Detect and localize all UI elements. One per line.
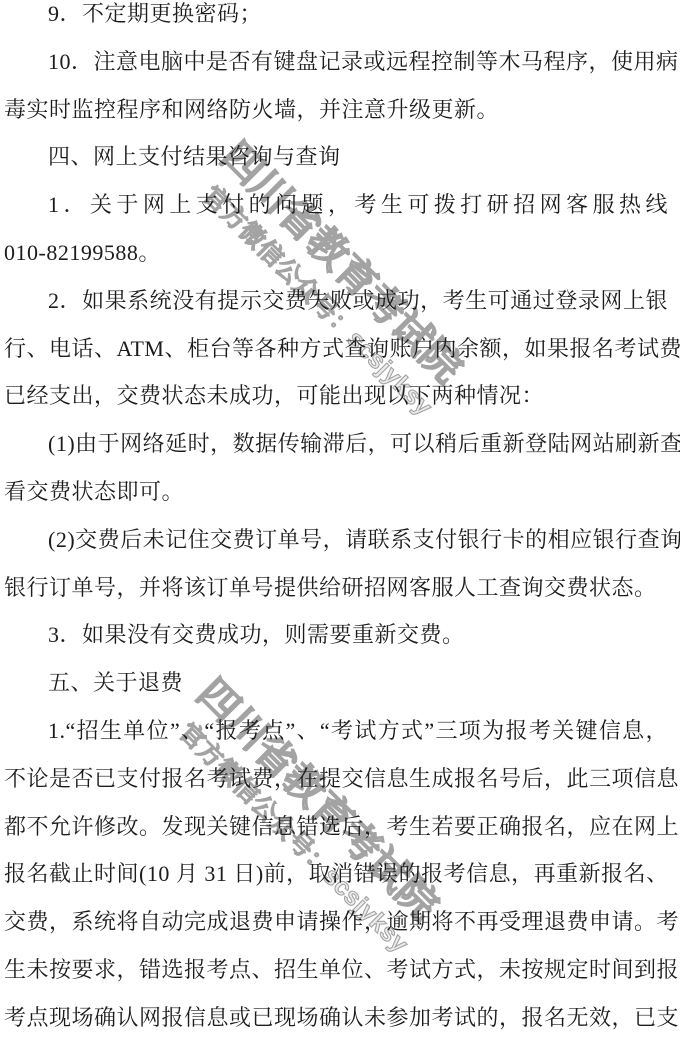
text-line: 考点现场确认网报信息或已现场确认未参加考试的，报名无效，已支 — [4, 994, 668, 1042]
text-line: 9．不定期更换密码； — [4, 0, 668, 38]
text-line: 银行订单号，并将该订单号提供给研招网客服人工查询交费状态。 — [4, 564, 668, 612]
text-line: 1.“招生单位”、“报考点”、“考试方式”三项为报考关键信息， — [4, 707, 668, 755]
text-line: (2)交费后未记住交费订单号，请联系支付银行卡的相应银行查询 — [4, 516, 668, 564]
text-line: 3．如果没有交费成功，则需要重新交费。 — [4, 611, 668, 659]
text-line: (1)由于网络延时，数据传输滞后，可以稍后重新登陆网站刷新查 — [4, 420, 668, 468]
text-layer: 9．不定期更换密码；10．注意电脑中是否有键盘记录或远程控制等木马程序，使用病毒… — [0, 0, 680, 1042]
text-line: 10．注意电脑中是否有键盘记录或远程控制等木马程序，使用病 — [4, 38, 668, 86]
text-line: 都不允许修改。发现关键信息错选后，考生若要正确报名，应在网上 — [4, 803, 668, 851]
text-line: 毒实时监控程序和网络防火墙，并注意升级更新。 — [4, 86, 668, 134]
text-line: 已经支出，交费状态未成功，可能出现以下两种情况： — [4, 372, 668, 420]
text-line: 1．关于网上支付的问题，考生可拨打研招网客服热线 — [4, 181, 668, 229]
text-line: 不论是否已支付报名考试费，在提交信息生成报名号后，此三项信息 — [4, 755, 668, 803]
text-line: 交费，系统将自动完成退费申请操作，逾期将不再受理退费申请。考 — [4, 898, 668, 946]
text-line: 看交费状态即可。 — [4, 468, 668, 516]
text-line: 010-82199588。 — [4, 229, 668, 277]
text-line: 2．如果系统没有提示交费失败或成功，考生可通过登录网上银 — [4, 277, 668, 325]
text-line: 生未按要求，错选报考点、招生单位、考试方式，未按规定时间到报 — [4, 946, 668, 994]
text-line: 行、电话、ATM、柜台等各种方式查询账户内余额，如果报名考试费 — [4, 325, 668, 373]
text-line: 报名截止时间(10 月 31 日)前，取消错误的报考信息，再重新报名、 — [4, 850, 668, 898]
text-line: 四、网上支付结果咨询与查询 — [4, 133, 668, 181]
document-page: 9．不定期更换密码；10．注意电脑中是否有键盘记录或远程控制等木马程序，使用病毒… — [0, 0, 680, 1045]
text-line: 五、关于退费 — [4, 659, 668, 707]
